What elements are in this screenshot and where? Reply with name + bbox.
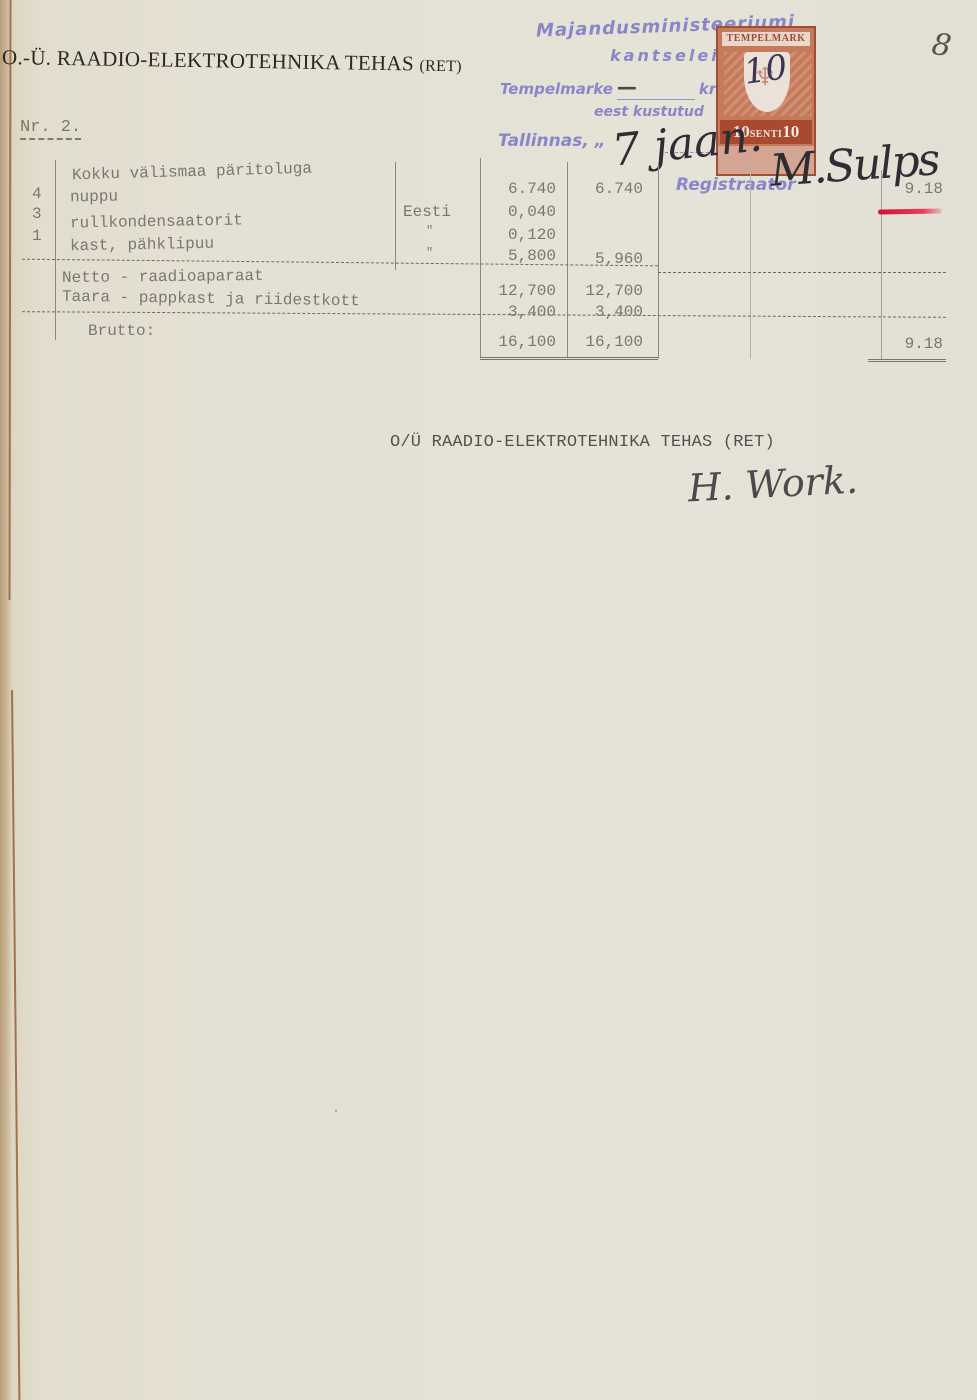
brutto-weight2: 16,100 <box>567 333 643 351</box>
brutto-label: Brutto: <box>88 322 155 340</box>
total-double-rule <box>868 359 946 362</box>
cell-weight2: 6.740 <box>567 180 643 198</box>
stamp-office: kantselei <box>610 46 720 65</box>
cell-value: 9.18 <box>881 180 943 198</box>
cell-qty: 1 <box>32 227 42 245</box>
footer-company: O/Ü RAADIO-ELEKTROTEHNIKA TEHAS (RET) <box>390 433 775 452</box>
taara-label: Taara - pappkast ja riidestkott <box>62 288 360 311</box>
table-divider <box>881 170 882 360</box>
letterhead-suffix: (RET) <box>419 58 462 76</box>
binding-thread <box>11 690 20 1400</box>
table-divider <box>395 162 396 270</box>
table-rule <box>22 259 658 267</box>
stamp-fee-line: Tempelmarke—kroon <box>500 75 748 100</box>
table-rule <box>658 272 946 273</box>
letterhead-company: O.-Ü. RAADIO-ELEKTROTEHNIKA TEHAS <box>2 45 414 75</box>
cell-weight1: 5,800 <box>480 247 556 265</box>
total-double-rule <box>480 357 658 360</box>
stamp-handwritten-overmark: 10 <box>741 47 789 93</box>
netto-weight1: 12,700 <box>480 282 556 300</box>
stamp-place: Tallinnas, „ <box>498 131 606 151</box>
netto-label: Netto - raadioaparaat <box>62 267 264 287</box>
cell-description: rullkondensaatorit <box>70 211 243 232</box>
cell-qty: 3 <box>32 205 42 223</box>
cell-weight1: 6.740 <box>480 180 556 198</box>
netto-weight2: 12,700 <box>567 282 643 300</box>
cell-qty: 4 <box>32 185 42 203</box>
company-signature: H. Work. <box>687 458 859 511</box>
document-number: Nr. 2. <box>20 118 81 140</box>
cell-origin: Eesti <box>403 203 451 221</box>
cell-weight2: 5,960 <box>567 250 643 268</box>
cell-description: kast, pähklipuu <box>70 235 214 256</box>
taara-weight2: 3,400 <box>567 303 643 321</box>
red-pencil-underline <box>878 208 942 214</box>
table-divider <box>55 160 56 340</box>
page-number: 8 <box>930 27 954 64</box>
stamp-fee-blank: — <box>617 75 695 100</box>
stamp-fee-label: Tempelmarke <box>500 80 613 98</box>
cell-origin-ditto: " <box>426 246 433 260</box>
brutto-weight1: 16,100 <box>480 333 556 351</box>
table-row-summary-label: Kokku välismaa päritoluga <box>72 160 312 185</box>
table-divider <box>750 165 751 359</box>
taara-weight1: 3,400 <box>480 303 556 321</box>
brutto-value: 9.18 <box>881 335 943 353</box>
cell-weight1: 0,120 <box>480 226 556 244</box>
table-divider <box>658 165 659 359</box>
paper-speck <box>335 1110 337 1112</box>
cell-description: nuppu <box>70 188 118 207</box>
cell-weight1: 0,040 <box>480 203 556 221</box>
letterhead: O.-Ü. RAADIO-ELEKTROTEHNIKA TEHAS (RET) <box>2 45 462 77</box>
revenue-stamp-label: TEMPELMARK <box>722 32 810 46</box>
cell-origin-ditto: " <box>426 224 433 238</box>
